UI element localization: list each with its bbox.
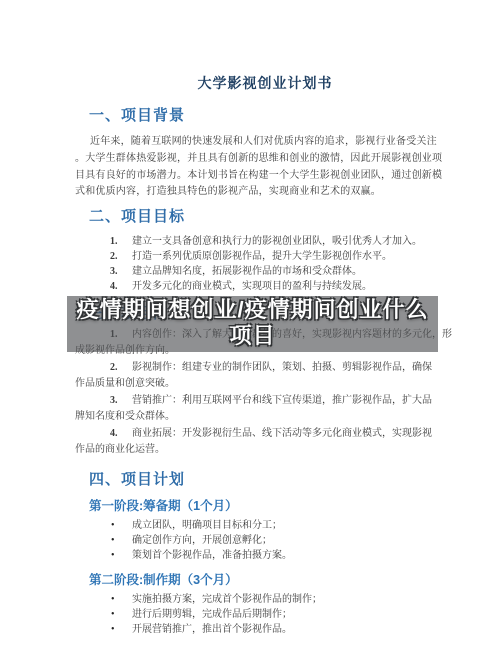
document-page: 大学影视创业计划书 一、项目背景 近年来，随着互联网的快速发展和人们对优质内容的… [0,0,500,647]
goal-item: 4.开发多元化的商业模式，实现项目的盈利与持续发展。 [75,279,455,294]
section-heading-goals: 二、项目目标 [89,208,455,226]
goal-item-text: 建立一支具备创意和执行力的影视创业团队，吸引优秀人才加入。 [132,236,422,247]
section-heading-plan: 四、项目计划 [89,471,455,489]
stage-2-bullets: •实施拍摄方案，完成首个影视作品的制作； •进行后期剪辑，完成作品后期制作； •… [75,592,455,637]
stage-bullet-text: 开展营销推广，推出首个影视作品。 [132,624,292,635]
item-number: 3. [110,393,132,409]
stage-bullet: •确定创作方向，开展创意孵化； [75,533,455,548]
doc-title: 大学影视创业计划书 [75,74,455,92]
bullet-glyph: • [111,607,132,622]
stage-1-bullets: •成立团队，明确项目目标和分工； •确定创作方向，开展创意孵化； •策划首个影视… [75,518,455,563]
stage-bullet-text: 进行后期剪辑，完成作品后期制作； [132,609,292,620]
stage-bullet: •实施拍摄方案，完成首个影视作品的制作； [75,592,455,607]
goal-item: 3.建立品牌知名度，拓展影视作品的市场和受众群体。 [75,264,455,279]
goal-item: 1.建立一支具备创意和执行力的影视创业团队，吸引优秀人才加入。 [75,234,455,249]
stage-heading-2: 第二阶段:制作期（3个月） [89,572,455,588]
stage-bullet: •进行后期剪辑，完成作品后期制作； [75,607,455,622]
bullet-glyph: • [111,548,132,563]
goal-item-text: 建立品牌知名度，拓展影视作品的市场和受众群体。 [132,266,362,277]
item-number: 2. [110,360,132,376]
item-number: 4. [110,426,132,442]
content-item: 2.影视制作：组建专业的制作团队，策划、拍摄、剪辑影视作品，确保 作品质量和创意… [75,360,455,391]
item-number: 3. [110,264,132,279]
item-number: 2. [110,249,132,264]
stage-bullet-text: 成立团队，明确项目目标和分工； [132,520,282,531]
content-item: 3.营销推广：利用互联网平台和线下宣传渠道，推广影视作品，扩大品 牌知名度和受众… [75,393,455,424]
stage-bullet-text: 策划首个影视作品，准备拍摄方案。 [132,550,292,561]
watermark-title: 疫情期间想创业/疫情期间创业什么 项目 [55,297,450,349]
goal-item: 2.打造一系列优质原创影视作品，提升大学生影视创作水平。 [75,249,455,264]
watermark-title-line2: 项目 [229,323,275,348]
item-number: 4. [110,279,132,294]
item-number: 1. [110,234,132,249]
goal-item-text: 开发多元化的商业模式，实现项目的盈利与持续发展。 [132,281,372,292]
goal-item-text: 打造一系列优质原创影视作品，提升大学生影视创作水平。 [132,251,392,262]
bullet-glyph: • [111,622,132,637]
stage-bullet-text: 实施拍摄方案，完成首个影视作品的制作； [132,594,322,605]
stage-bullet-text: 确定创作方向，开展创意孵化； [132,535,272,546]
stage-bullet: •成立团队，明确项目目标和分工； [75,518,455,533]
bullet-glyph: • [111,533,132,548]
stage-bullet: •策划首个影视作品，准备拍摄方案。 [75,548,455,563]
watermark-title-line1: 疫情期间想创业/疫情期间创业什么 [76,297,428,322]
goals-list: 1.建立一支具备创意和执行力的影视创业团队，吸引优秀人才加入。 2.打造一系列优… [75,234,455,294]
bullet-glyph: • [111,592,132,607]
stage-bullet: •开展营销推广，推出首个影视作品。 [75,622,455,637]
bullet-glyph: • [111,518,132,533]
stage-heading-1: 第一阶段:筹备期（1个月） [89,498,455,514]
background-paragraph: 近年来，随着互联网的快速发展和人们对优质内容的追求，影视行业备受关注 。大学生群… [75,134,455,201]
content-item: 4.商业拓展：开发影视衍生品、线下活动等多元化商业模式，实现影视 作品的商业化运… [75,426,455,457]
section-heading-background: 一、项目背景 [89,107,455,125]
